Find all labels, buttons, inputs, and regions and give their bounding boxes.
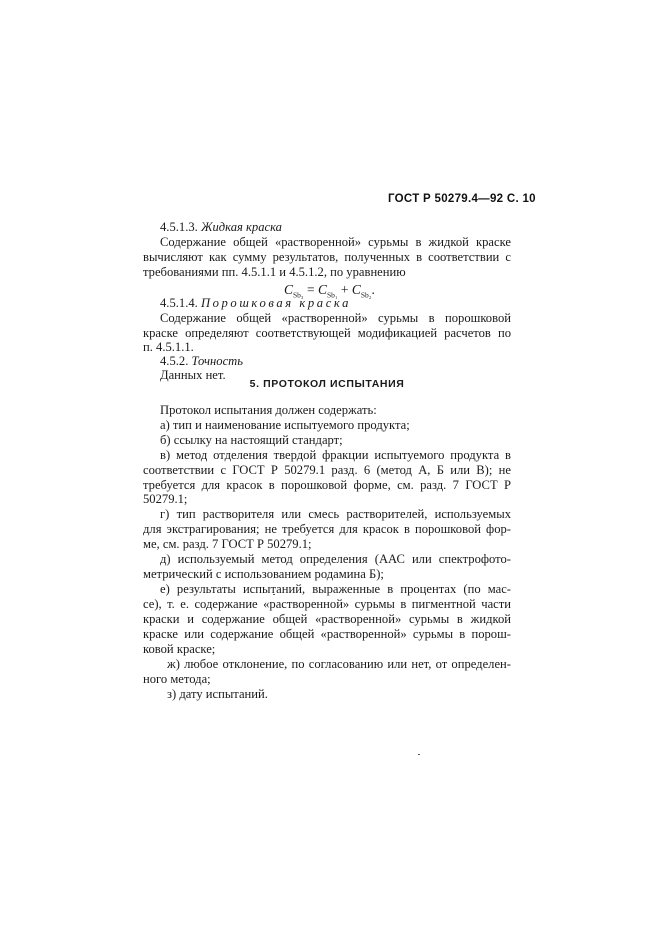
paragraph-line: се), т. е. содержание «растворенной» сур… [143, 597, 511, 612]
document-page: ГОСТ Р 50279.4—92 С. 10 4.5.1.3. Жидкая … [0, 0, 661, 935]
scan-speck [273, 594, 275, 595]
list-item: г) тип растворителя или смесь растворите… [143, 507, 511, 522]
paragraph-line: соответствии с ГОСТ Р 50279.1 разд. 6 (м… [143, 463, 511, 478]
scan-speck [418, 754, 420, 755]
paragraph-line: п. 4.5.1.1. [143, 340, 511, 355]
running-head: ГОСТ Р 50279.4—92 С. 10 [388, 193, 536, 205]
paragraph-line: Содержание общей «растворенной» сурьмы в… [143, 235, 511, 250]
paragraph-line: требованиями пп. 4.5.1.1 и 4.5.1.2, по у… [143, 265, 511, 280]
subsection-title: Жидкая краска [201, 220, 282, 234]
paragraph-line: Содержание общей «растворенной» сурьмы в… [143, 311, 511, 326]
subsection-number: 4.5.1.4. [160, 296, 198, 310]
list-item: д) используемый метод определения (ААС и… [143, 552, 511, 567]
paragraph-line: 50279.1; [143, 492, 511, 507]
list-item: в) метод отделения твердой фракции испыт… [143, 448, 511, 463]
subsection-heading-4-5-1-4: 4.5.1.4. Порошковая краска [143, 296, 511, 311]
list-item: з) дату испытаний. [143, 687, 511, 702]
subsection-heading-4-5-1-3: 4.5.1.3. Жидкая краска [143, 220, 511, 235]
paragraph-line: ковой краске; [143, 642, 511, 657]
paragraph-line: краске определяют соответствующей модифи… [143, 326, 511, 341]
paragraph-line: ного метода; [143, 672, 511, 687]
paragraph-line: Протокол испытания должен содержать: [143, 403, 511, 418]
subsection-heading-4-5-2: 4.5.2. Точность [143, 354, 511, 369]
list-item: е) результаты испытаний, выраженные в пр… [143, 582, 511, 597]
paragraph-line: вычисляют как сумму результатов, получен… [143, 250, 511, 265]
subsection-number: 4.5.1.3. [160, 220, 198, 234]
paragraph-line: краске или содержание общей «растворенно… [143, 627, 511, 642]
paragraph-line: ме, см. разд. 7 ГОСТ Р 50279.1; [143, 537, 511, 552]
subsection-number: 4.5.2. [160, 354, 188, 368]
list-item: а) тип и наименование испытуемого продук… [143, 418, 511, 433]
paragraph-line: для экстрагирования; не требуется для кр… [143, 522, 511, 537]
subsection-title: Точность [192, 354, 244, 368]
list-item: ж) любое отклонение, по согласованию или… [143, 657, 511, 672]
subsection-title: Порошковая краска [201, 296, 351, 310]
list-item: б) ссылку на настоящий стандарт; [143, 433, 511, 448]
paragraph-line: требуется для красок в порошковой форме,… [143, 478, 511, 493]
section-title: 5. ПРОТОКОЛ ИСПЫТАНИЯ [143, 378, 511, 390]
paragraph-line: метрический с использованием родамина Б)… [143, 567, 511, 582]
paragraph-line: краски и содержание общей «растворенной»… [143, 612, 511, 627]
